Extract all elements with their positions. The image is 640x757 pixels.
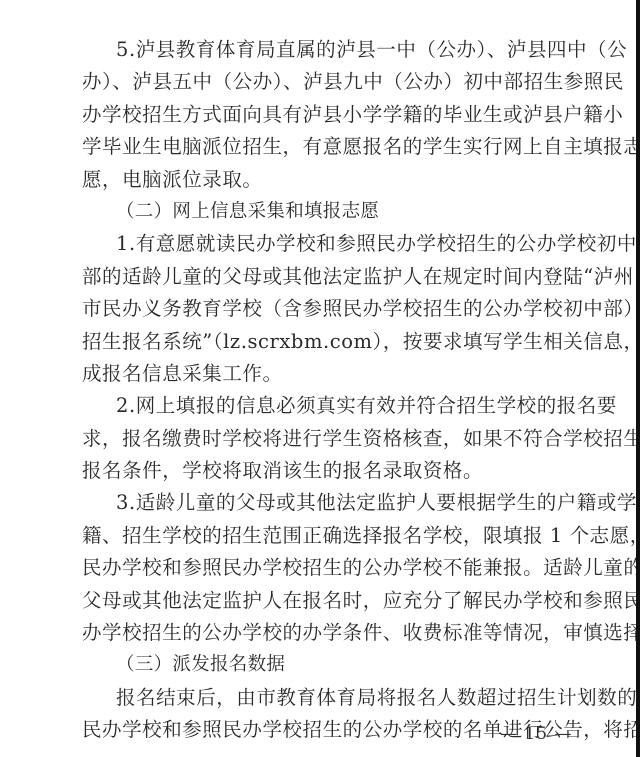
text-line: 报名条件，学校将取消该生的报名录取资格。 xyxy=(82,455,562,487)
text-line: 办学校招生的公办学校的办学条件、收费标准等情况，审慎选择。 xyxy=(82,617,562,649)
text-line: 求，报名缴费时学校将进行学生资格核查，如果不符合学校招生 xyxy=(82,423,562,455)
text-line-with-url: 招生报名系统”（lz.scrxbm.com），按要求填写学生相关信息，完 xyxy=(82,326,562,358)
text-line: 办学校招生方式面向具有泸县小学学籍的毕业生或泸县户籍小 xyxy=(82,99,562,131)
page-number: — 15 — xyxy=(500,724,572,744)
text-line: 民办学校和参照民办学校招生的公办学校的名单进行公告，将招 xyxy=(82,714,562,746)
document-body: 5.泸县教育体育局直属的泸县一中（公办）、泸县四中（公 办）、泸县五中（公办）、… xyxy=(82,34,562,747)
document-page: 5.泸县教育体育局直属的泸县一中（公办）、泸县四中（公 办）、泸县五中（公办）、… xyxy=(0,0,636,757)
text-line: 愿，电脑派位录取。 xyxy=(82,164,562,196)
text-line: 3.适龄儿童的父母或其他法定监护人要根据学生的户籍或学 xyxy=(82,487,562,519)
text-line: 办）、泸县五中（公办）、泸县九中（公办）初中部招生参照民 xyxy=(82,66,562,98)
text-line: 部的适龄儿童的父母或其他法定监护人在规定时间内登陆“泸州 xyxy=(82,261,562,293)
text-line: 籍、招生学校的招生范围正确选择报名学校，限填报 1 个志愿， xyxy=(82,520,562,552)
page-edge-border xyxy=(636,0,640,757)
text-line: 1.有意愿就读民办学校和参照民办学校招生的公办学校初中 xyxy=(82,228,562,260)
text-line: 报名结束后，由市教育体育局将报名人数超过招生计划数的 xyxy=(82,682,562,714)
text-line: 市民办义务教育学校（含参照民办学校招生的公办学校初中部） xyxy=(82,293,562,325)
text-line: 2.网上填报的信息必须真实有效并符合招生学校的报名要 xyxy=(82,390,562,422)
text-line: 父母或其他法定监护人在报名时，应充分了解民办学校和参照民 xyxy=(82,585,562,617)
text-line: 成报名信息采集工作。 xyxy=(82,358,562,390)
section-heading: （三）派发报名数据 xyxy=(82,649,562,681)
text-line: 民办学校和参照民办学校招生的公办学校不能兼报。适龄儿童的 xyxy=(82,552,562,584)
text-line: 学毕业生电脑派位招生，有意愿报名的学生实行网上自主填报志 xyxy=(82,131,562,163)
section-heading: （二）网上信息采集和填报志愿 xyxy=(82,196,562,228)
text-line: 5.泸县教育体育局直属的泸县一中（公办）、泸县四中（公 xyxy=(82,34,562,66)
